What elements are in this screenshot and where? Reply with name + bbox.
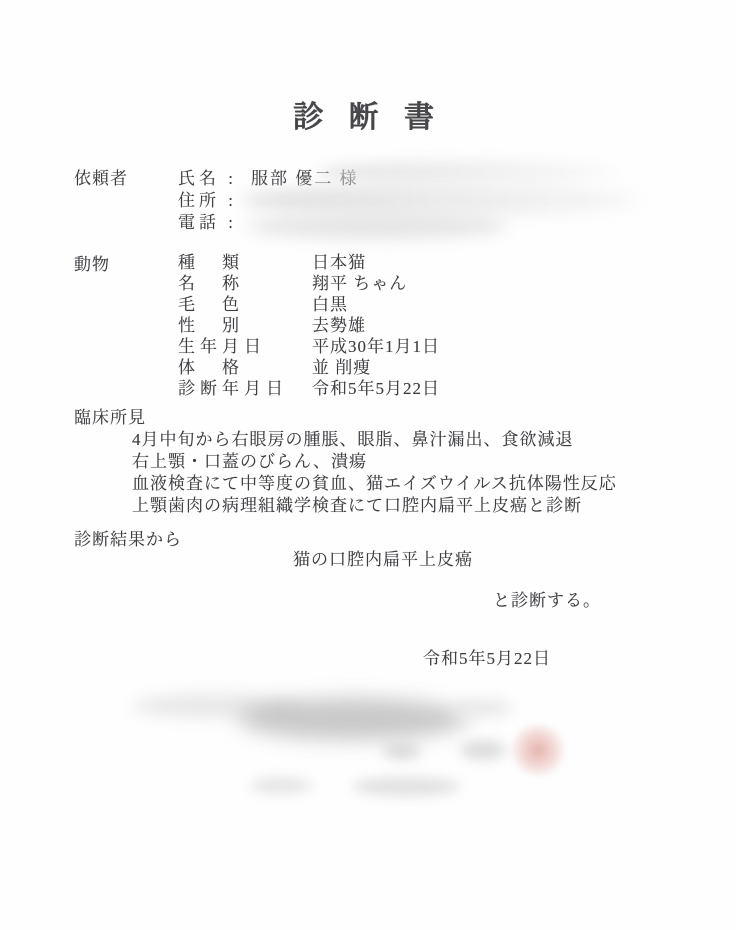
animal-section-label: 動物 (74, 250, 110, 275)
clinical-finding-line-4: 上顎歯肉の病理組織学検査にて口腔内扁平上皮癌と診断 (132, 491, 617, 513)
redaction-blur-clinic-name (238, 698, 468, 740)
medical-certificate-page: 診 断 書 依頼者 氏名 :服部 優二 様 住所 : 電話 : 動物 種 類 日… (0, 0, 736, 930)
animal-build-row: 体 格 並 削痩 (178, 353, 288, 374)
animal-fields: 種 類 日本猫 名 称 翔平 ちゃん 毛 色 白黒 性 別 去勢雄 生年月日 平… (178, 248, 288, 395)
animal-diagnosis-date-label: 診断年月日 (178, 379, 288, 398)
diagnosis-result: 猫の口腔内扁平上皮癌 (293, 545, 473, 570)
animal-diagnosis-date-value: 令和5年5月22日 (312, 374, 440, 399)
animal-species-row: 種 類 日本猫 (178, 248, 288, 269)
diagnosis-date: 令和5年5月22日 (423, 644, 551, 669)
document-title: 診 断 書 (0, 92, 736, 136)
clinical-finding-line-2: 右上顎・口蓋のびらん、潰瘍 (132, 447, 617, 469)
redaction-blur-phone (246, 213, 508, 239)
animal-birthdate-row: 生年月日 平成30年1月1日 (178, 332, 288, 353)
clinical-finding-line-3: 血液検査にて中等度の貧血、猫エイズウイルス抗体陽性反応 (132, 469, 617, 491)
requester-section-label: 依頼者 (74, 164, 128, 189)
animal-diagnosis-date-row: 診断年月日 令和5年5月22日 (178, 374, 288, 395)
requester-phone-label: 電話 : (178, 213, 237, 232)
diagnosis-section-label: 診断結果から (74, 525, 182, 550)
redaction-blur-clinic-tel-label (250, 777, 312, 794)
redaction-blur-name-right (318, 160, 618, 184)
animal-coat-row: 毛 色 白黒 (178, 290, 288, 311)
clinical-findings-lines: 4月中旬から右眼房の腫脹、眼脂、鼻汁漏出、食欲減退 右上顎・口蓋のびらん、潰瘍 … (132, 425, 617, 513)
redaction-blur-signature-a (383, 742, 421, 760)
redaction-blur-signature-b (460, 740, 506, 760)
animal-sex-row: 性 別 去勢雄 (178, 311, 288, 332)
redaction-blur-clinic-tel-number (352, 777, 460, 796)
redaction-blur-clinic-right (452, 698, 512, 718)
redaction-blur-address (242, 184, 638, 216)
vet-seal-stamp-mark (508, 724, 568, 776)
animal-name-row: 名 称 翔平 ちゃん (178, 269, 288, 290)
diagnosis-closing-statement: と診断する。 (493, 586, 601, 611)
clinical-finding-line-1: 4月中旬から右眼房の腫脹、眼脂、鼻汁漏出、食欲減退 (132, 425, 617, 447)
